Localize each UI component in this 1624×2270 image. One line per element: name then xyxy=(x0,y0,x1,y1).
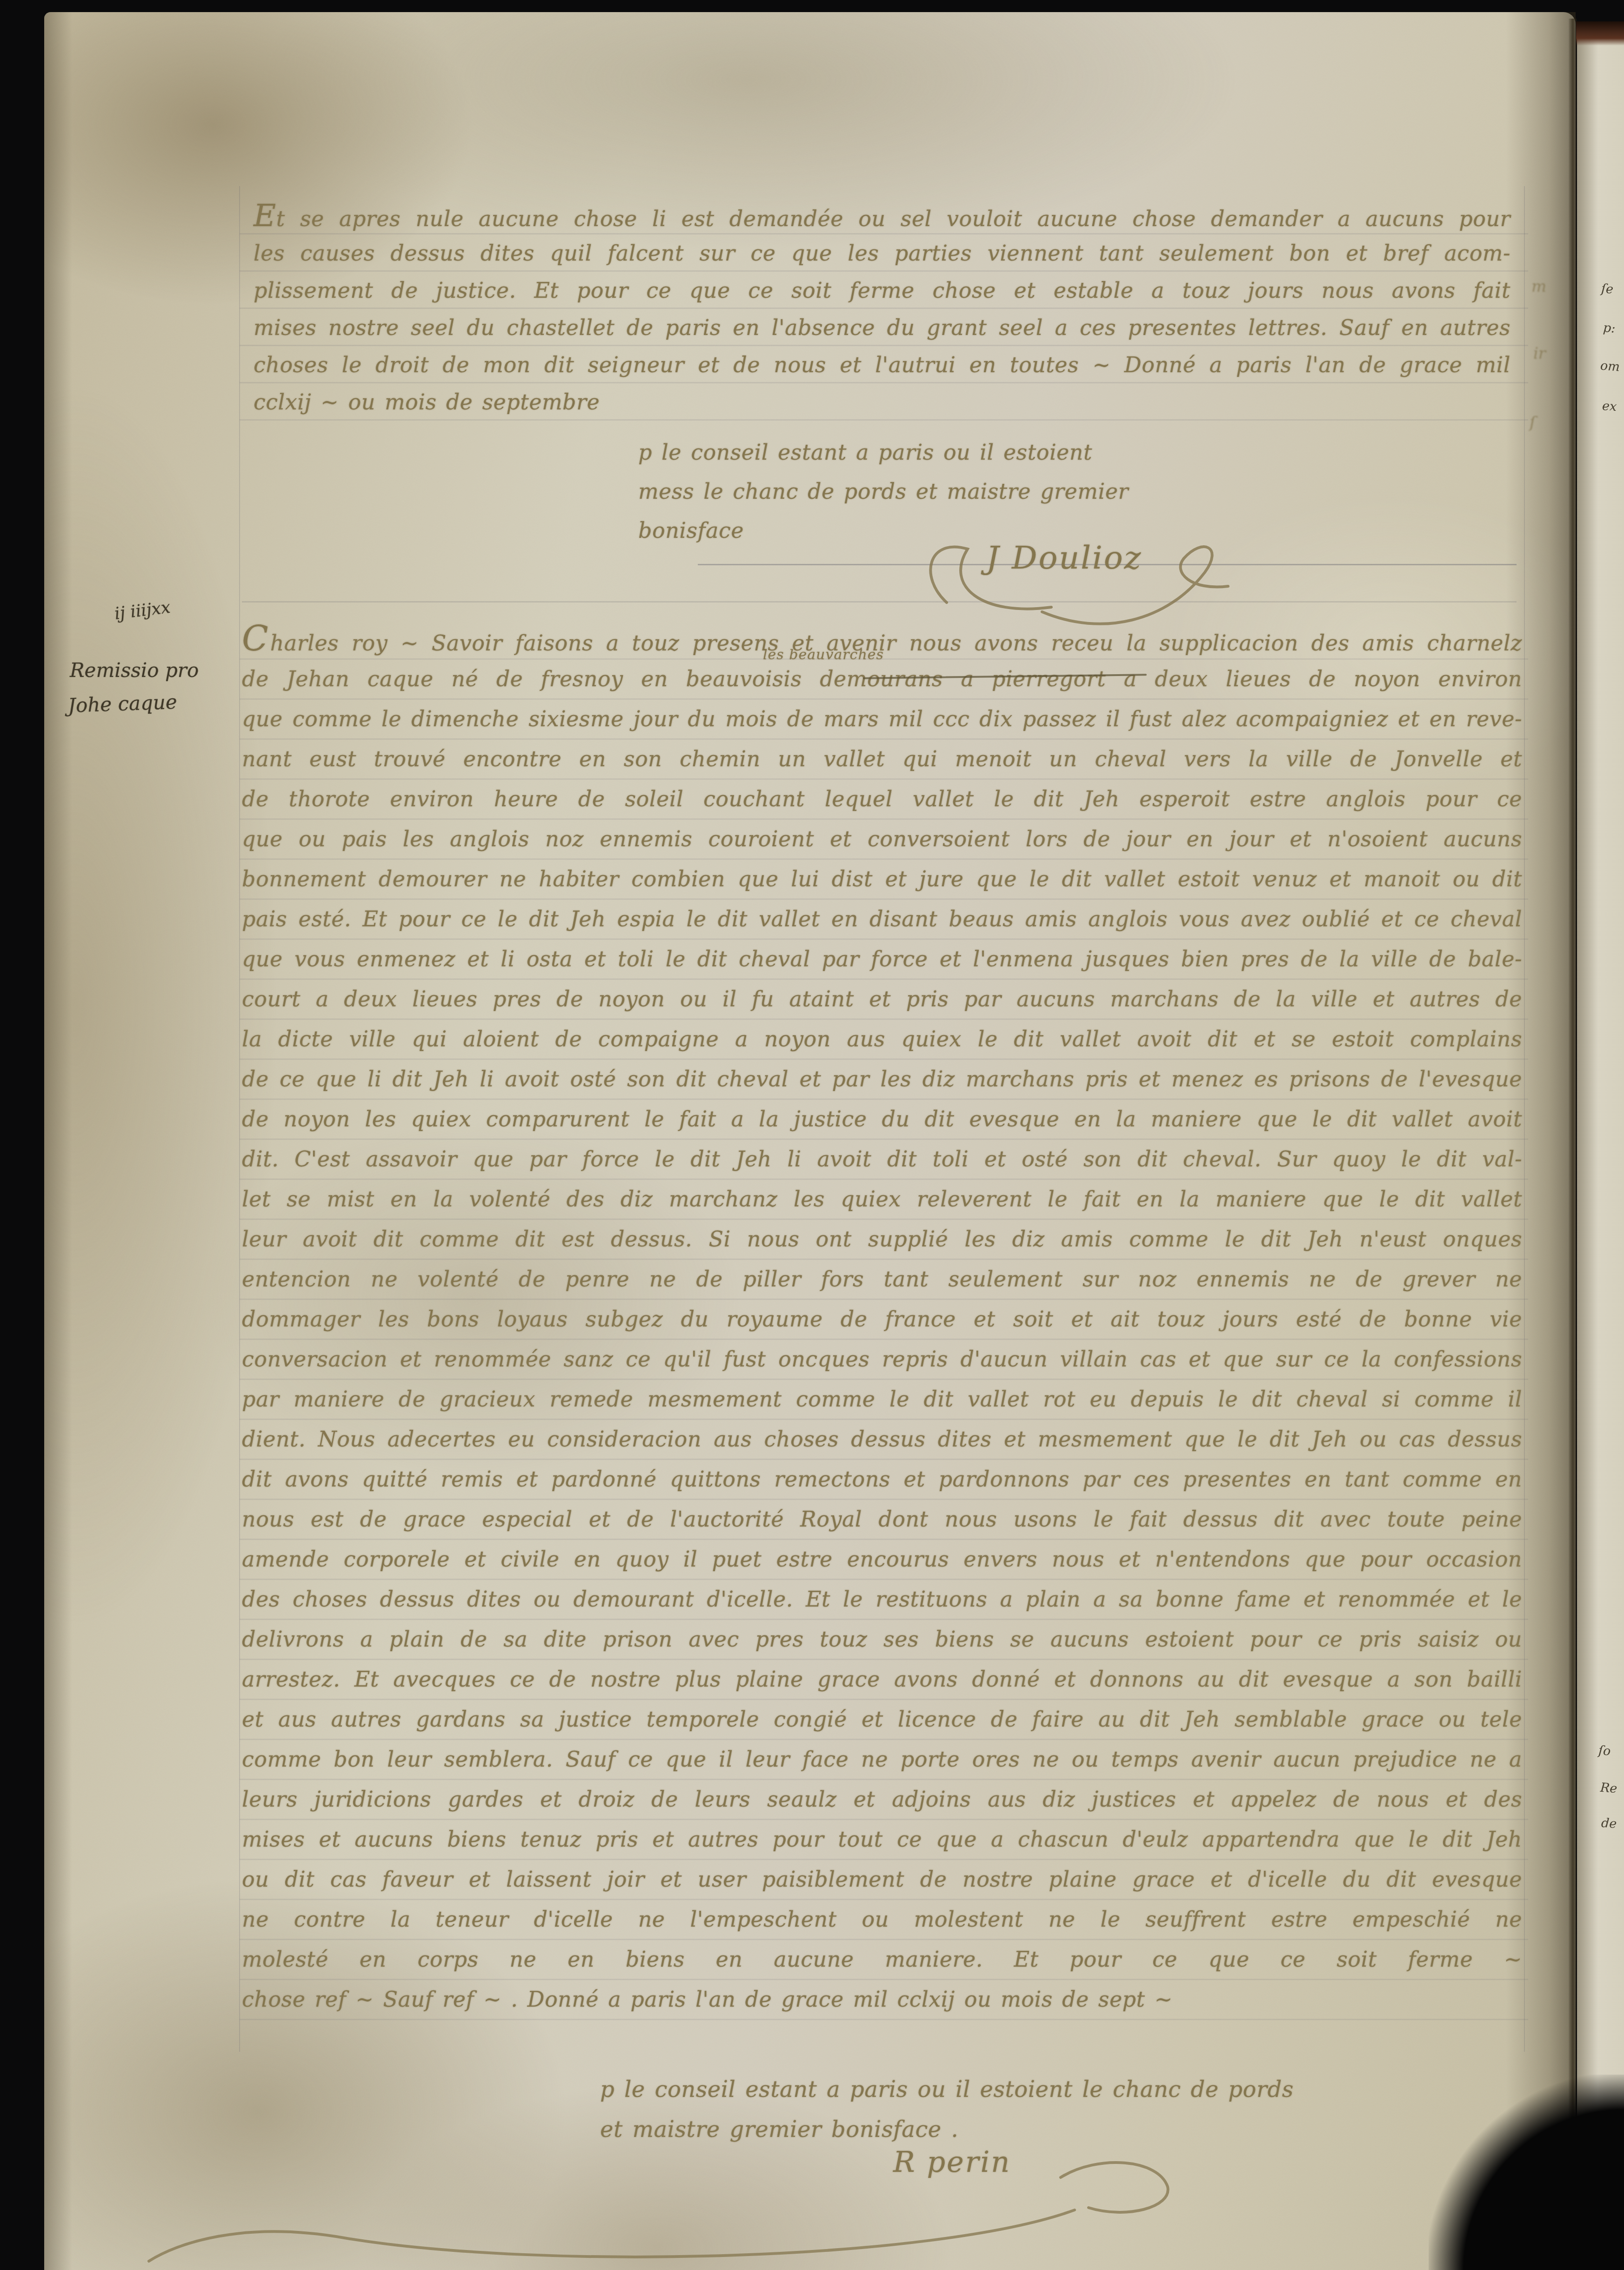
text-line: que ou pais les anglois noz ennemis cour… xyxy=(242,819,1522,859)
photograph-backdrop: Et se apres nule aucune chose li est dem… xyxy=(0,0,1624,2270)
text-line: dient. Nous adecertes eu consideracion a… xyxy=(242,1419,1522,1459)
ruling-fragment xyxy=(242,601,1517,603)
next-page-text-fragment: om xyxy=(1600,359,1620,375)
text-line: cclxij ~ ou mois de septembre xyxy=(254,383,1510,421)
text-line: de ce que li dit Jeh li avoit osté son d… xyxy=(242,1059,1522,1099)
text-line: mess le chanc de pords et maistre gremie… xyxy=(638,472,1129,511)
text-line: mises et aucuns biens tenuz pris et autr… xyxy=(242,1819,1522,1859)
next-page-text-fragment: p: xyxy=(1603,321,1616,336)
text-line: par maniere de gracieux remede mesmement… xyxy=(242,1379,1522,1419)
next-page-text-fragment: Re xyxy=(1600,1781,1617,1796)
text-line: ne contre la teneur d'icelle ne l'empesc… xyxy=(242,1899,1522,1939)
margin-ink-mark: m xyxy=(1531,277,1546,296)
text-line: de noyon les quiex comparurent le fait a… xyxy=(242,1099,1522,1139)
interlinear-addition: les beauvarches xyxy=(763,647,884,663)
text-line: et aus autres gardans sa justice tempore… xyxy=(242,1699,1522,1739)
gutter-fold-line xyxy=(1569,19,1577,2270)
signature-name: R perin xyxy=(893,2145,1011,2179)
signature-flourish-icon xyxy=(121,2122,1237,2266)
text-line: bonnement demourer ne habiter combien qu… xyxy=(242,859,1522,899)
next-page-text-fragment: ſe xyxy=(1601,281,1614,297)
text-line: dit. C'est assavoir que par force le dit… xyxy=(242,1139,1522,1179)
text-line: la dicte ville qui aloient de compaigne … xyxy=(242,1019,1522,1059)
next-page-text-fragment: ſo xyxy=(1598,1743,1611,1759)
text-line: des choses dessus dites ou demourant d'i… xyxy=(242,1579,1522,1619)
text-line: ou dit cas faveur et laissent joir et us… xyxy=(242,1859,1522,1899)
next-page-text-fragment: de xyxy=(1601,1816,1617,1831)
corner-shadow xyxy=(1429,2075,1624,2270)
text-line: que vous enmenez et li osta et toli le d… xyxy=(242,939,1522,979)
text-line: choses le droit de mon dit seigneur et d… xyxy=(254,346,1510,383)
text-line: nous est de grace especial et de l'aucto… xyxy=(242,1499,1522,1539)
text-line: Et se apres nule aucune chose li est dem… xyxy=(254,197,1510,234)
page-left-edge-shadow xyxy=(44,12,72,2270)
paragraph-1: Et se apres nule aucune chose li est dem… xyxy=(254,197,1510,421)
text-line: delivrons a plain de sa dite prison avec… xyxy=(242,1619,1522,1659)
text-line: mises nostre seel du chastellet de paris… xyxy=(254,309,1510,346)
justification-line-left xyxy=(239,186,240,2052)
text-line: molesté en corps ne en biens en aucune m… xyxy=(242,1939,1522,1979)
text-line: dommager les bons loyaus subgez du royau… xyxy=(242,1299,1522,1339)
signature-doulioz: J Doulioz xyxy=(902,521,1256,628)
next-page-text-fragment: ex xyxy=(1602,399,1617,414)
text-line: leur avoit dit comme dit est dessus. Si … xyxy=(242,1219,1522,1259)
text-line: p le conseil estant a paris ou il estoie… xyxy=(638,433,1129,472)
margin-ink-mark: ſ xyxy=(1530,413,1536,432)
text-line: conversacion et renommée sanz ce qu'il f… xyxy=(242,1339,1522,1379)
text-line: nant eust trouvé encontre en son chemin … xyxy=(242,739,1522,779)
text-line: court a deux lieues pres de noyon ou il … xyxy=(242,979,1522,1019)
signature-perin: R perin xyxy=(121,2122,1237,2266)
text-line: leurs juridicions gardes et droiz de leu… xyxy=(242,1779,1522,1819)
text-line: entencion ne volenté de penre ne de pill… xyxy=(242,1259,1522,1299)
text-line: chose ref ~ Sauf ref ~ . Donné a paris l… xyxy=(242,1979,1522,2019)
text-line: let se mist en la volenté des diz marcha… xyxy=(242,1179,1522,1219)
marginal-note-line: Johe caque xyxy=(67,690,177,717)
text-line: amende corporele et civile en quoy il pu… xyxy=(242,1539,1522,1579)
text-line: plissement de justice. Et pour ce que ce… xyxy=(254,272,1510,309)
text-line: pais esté. Et pour ce le dit Jeh espia l… xyxy=(242,899,1522,939)
signature-name: J Doulioz xyxy=(986,540,1142,576)
binding-edge xyxy=(1576,21,1624,46)
text-line: les causes dessus dites quil falcent sur… xyxy=(254,234,1510,272)
text-line: dit avons quitté remis et pardonné quitt… xyxy=(242,1459,1522,1499)
justification-line-right xyxy=(1524,186,1525,2052)
paragraph-2: Charles roy ~ Savoir faisons a touz pres… xyxy=(242,619,1522,2019)
text-line: que comme le dimenche sixiesme jour du m… xyxy=(242,699,1522,739)
text-line: de thorote environ heure de soleil couch… xyxy=(242,779,1522,819)
text-line: arrestez. Et avecques ce de nostre plus … xyxy=(242,1659,1522,1699)
marginal-note-line: Remissio pro xyxy=(70,659,199,682)
margin-ink-mark: ir xyxy=(1533,344,1546,363)
text-line: comme bon leur semblera. Sauf ce que il … xyxy=(242,1739,1522,1779)
text-line: p le conseil estant a paris ou il estoie… xyxy=(600,2069,1294,2109)
